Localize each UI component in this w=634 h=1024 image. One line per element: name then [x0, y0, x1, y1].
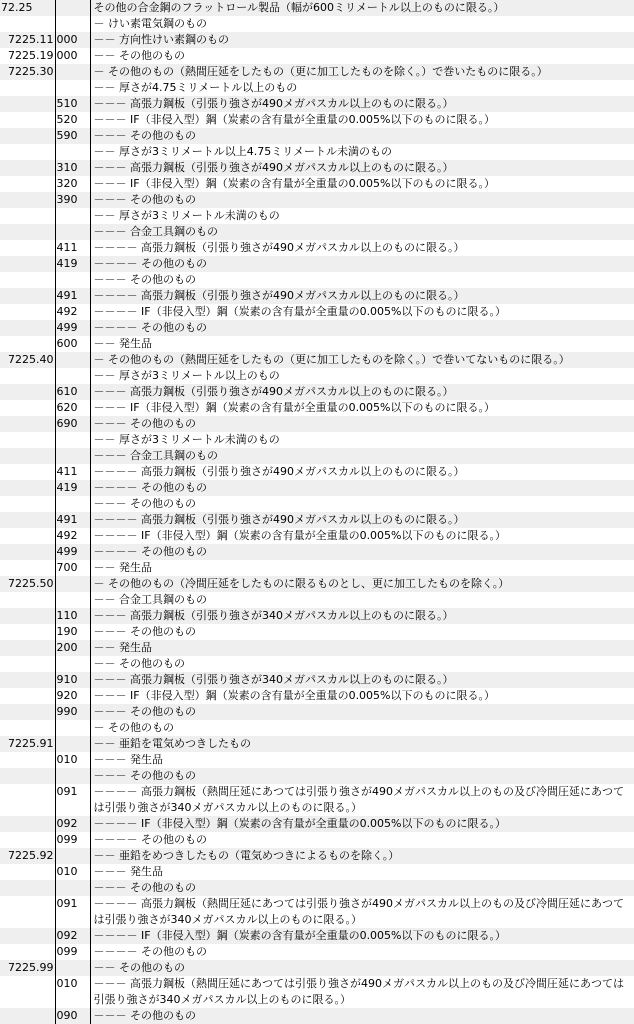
statistical-code-cell: 090	[55, 1008, 90, 1024]
hs-code-cell	[0, 288, 55, 304]
description-cell: －－－ IF（非侵入型）鋼（炭素の含有量が全重量の0.005%以下のものに限る。…	[90, 688, 634, 704]
hs-code-cell	[0, 128, 55, 144]
description-cell: －－－－ 高張力鋼板（熱間圧延にあつては引張り強さが490メガパスカル以上のもの…	[90, 896, 634, 928]
hs-code-cell	[0, 80, 55, 96]
tariff-table-body: 72.25 その他の合金鋼のフラットロール製品（幅が600ミリメートル以上のもの…	[0, 0, 634, 1024]
hs-code-cell	[0, 368, 55, 384]
table-row: 419 －－－－ その他のもの	[0, 480, 634, 496]
statistical-code-cell: 091	[55, 784, 90, 816]
statistical-code-cell: 310	[55, 160, 90, 176]
hs-code-cell	[0, 944, 55, 960]
table-row: 499 －－－－ その他のもの	[0, 544, 634, 560]
hs-code-cell	[0, 256, 55, 272]
hs-code-cell	[0, 320, 55, 336]
statistical-code-cell	[55, 208, 90, 224]
table-row: 099 －－－－ その他のもの	[0, 832, 634, 848]
description-cell: －－ 厚さが3ミリメートル未満のもの	[90, 208, 634, 224]
hs-code-cell	[0, 496, 55, 512]
description-cell: －－－－ 高張力鋼板（引張り強さが490メガパスカル以上のものに限る。）	[90, 240, 634, 256]
hs-code-cell	[0, 688, 55, 704]
statistical-code-cell	[55, 16, 90, 32]
description-cell: －－－ その他のもの	[90, 704, 634, 720]
statistical-code-cell: 190	[55, 624, 90, 640]
description-cell: － けい素電気鋼のもの	[90, 16, 634, 32]
statistical-code-cell	[55, 144, 90, 160]
description-cell: －－－ IF（非侵入型）鋼（炭素の含有量が全重量の0.005%以下のものに限る。…	[90, 400, 634, 416]
statistical-code-cell: 690	[55, 416, 90, 432]
hs-code-cell	[0, 464, 55, 480]
table-row: －－－ その他のもの	[0, 880, 634, 896]
table-row: －－－ 合金工具鋼のもの	[0, 448, 634, 464]
table-row: － その他のもの	[0, 720, 634, 736]
statistical-code-cell: 910	[55, 672, 90, 688]
table-row: －－ 厚さが3ミリメートル未満のもの	[0, 432, 634, 448]
statistical-code-cell	[55, 848, 90, 864]
table-row: 090 －－－ その他のもの	[0, 1008, 634, 1024]
hs-code-cell	[0, 400, 55, 416]
table-row: 620 －－－ IF（非侵入型）鋼（炭素の含有量が全重量の0.005%以下のもの…	[0, 400, 634, 416]
statistical-code-cell: 099	[55, 832, 90, 848]
statistical-code-cell	[55, 768, 90, 784]
table-row: －－－ その他のもの	[0, 272, 634, 288]
table-row: 411 －－－－ 高張力鋼板（引張り強さが490メガパスカル以上のものに限る。）	[0, 240, 634, 256]
statistical-code-cell: 200	[55, 640, 90, 656]
statistical-code-cell	[55, 496, 90, 512]
description-cell: －－－ 合金工具鋼のもの	[90, 224, 634, 240]
hs-code-cell	[0, 304, 55, 320]
description-cell: －－－－ その他のもの	[90, 832, 634, 848]
description-cell: －－－ その他のもの	[90, 192, 634, 208]
table-row: －－－ 合金工具鋼のもの	[0, 224, 634, 240]
hs-code-cell	[0, 832, 55, 848]
table-row: 092 －－－－ IF（非侵入型）鋼（炭素の含有量が全重量の0.005%以下のも…	[0, 816, 634, 832]
description-cell: －－－－ IF（非侵入型）鋼（炭素の含有量が全重量の0.005%以下のものに限る…	[90, 816, 634, 832]
hs-code-cell	[0, 448, 55, 464]
hs-code-cell: 72.25	[0, 0, 55, 16]
statistical-code-cell	[55, 352, 90, 368]
table-row: －－ 合金工具鋼のもの	[0, 592, 634, 608]
statistical-code-cell: 491	[55, 512, 90, 528]
table-row: 520 －－－ IF（非侵入型）鋼（炭素の含有量が全重量の0.005%以下のもの…	[0, 112, 634, 128]
table-row: 492 －－－－ IF（非侵入型）鋼（炭素の含有量が全重量の0.005%以下のも…	[0, 528, 634, 544]
hs-code-cell	[0, 608, 55, 624]
hs-code-cell	[0, 272, 55, 288]
hs-code-cell: 7225.50	[0, 576, 55, 592]
description-cell: －－ 亜鉛をめつきしたもの（電気めつきによるものを除く。）	[90, 848, 634, 864]
hs-code-cell	[0, 544, 55, 560]
statistical-code-cell: 520	[55, 112, 90, 128]
description-cell: －－－－ IF（非侵入型）鋼（炭素の含有量が全重量の0.005%以下のものに限る…	[90, 304, 634, 320]
statistical-code-cell: 700	[55, 560, 90, 576]
description-cell: －－ 亜鉛を電気めつきしたもの	[90, 736, 634, 752]
description-cell: －－ その他のもの	[90, 960, 634, 976]
table-row: －－ その他のもの	[0, 656, 634, 672]
description-cell: －－－ その他のもの	[90, 1008, 634, 1024]
hs-code-cell	[0, 176, 55, 192]
description-cell: －－ その他のもの	[90, 48, 634, 64]
table-row: 690 －－－ その他のもの	[0, 416, 634, 432]
table-row: 600 －－ 発生品	[0, 336, 634, 352]
table-row: 190 －－－ その他のもの	[0, 624, 634, 640]
hs-code-cell	[0, 768, 55, 784]
statistical-code-cell	[55, 656, 90, 672]
table-row: 491 －－－－ 高張力鋼板（引張り強さが490メガパスカル以上のものに限る。）	[0, 288, 634, 304]
description-cell: －－－ 高張力鋼板（熱間圧延にあつては引張り強さが490メガパスカル以上のもの及…	[90, 976, 634, 1008]
table-row: －－－ その他のもの	[0, 496, 634, 512]
statistical-code-cell: 920	[55, 688, 90, 704]
description-cell: －－－－ IF（非侵入型）鋼（炭素の含有量が全重量の0.005%以下のものに限る…	[90, 528, 634, 544]
description-cell: －－－ その他のもの	[90, 880, 634, 896]
table-row: 390 －－－ その他のもの	[0, 192, 634, 208]
hs-code-cell: 7225.91	[0, 736, 55, 752]
hs-code-cell	[0, 864, 55, 880]
description-cell: －－ 厚さが3ミリメートル未満のもの	[90, 432, 634, 448]
description-cell: －－－ その他のもの	[90, 272, 634, 288]
hs-code-cell: 7225.19	[0, 48, 55, 64]
hs-code-cell	[0, 160, 55, 176]
description-cell: －－ 合金工具鋼のもの	[90, 592, 634, 608]
description-cell: －－－ IF（非侵入型）鋼（炭素の含有量が全重量の0.005%以下のものに限る。…	[90, 176, 634, 192]
table-row: 092 －－－－ IF（非侵入型）鋼（炭素の含有量が全重量の0.005%以下のも…	[0, 928, 634, 944]
hs-code-cell	[0, 192, 55, 208]
table-row: 010 －－－ 高張力鋼板（熱間圧延にあつては引張り強さが490メガパスカル以上…	[0, 976, 634, 1008]
description-cell: －－－ 高張力鋼板（引張り強さが490メガパスカル以上のものに限る。）	[90, 96, 634, 112]
description-cell: －－ 発生品	[90, 336, 634, 352]
description-cell: －－－－ 高張力鋼板（引張り強さが490メガパスカル以上のものに限る。）	[90, 512, 634, 528]
hs-code-cell: 7225.99	[0, 960, 55, 976]
statistical-code-cell: 000	[55, 32, 90, 48]
hs-code-cell	[0, 112, 55, 128]
description-cell: －－－－ その他のもの	[90, 256, 634, 272]
statistical-code-cell: 099	[55, 944, 90, 960]
description-cell: － その他のもの（熱間圧延をしたもの（更に加工したものを除く。）で巻いたものに限…	[90, 64, 634, 80]
table-row: 610 －－－ 高張力鋼板（引張り強さが490メガパスカル以上のものに限る。）	[0, 384, 634, 400]
table-row: 990 －－－ その他のもの	[0, 704, 634, 720]
statistical-code-cell: 091	[55, 896, 90, 928]
hs-code-cell	[0, 560, 55, 576]
table-row: 910 －－－ 高張力鋼板（引張り強さが340メガパスカル以上のものに限る。）	[0, 672, 634, 688]
statistical-code-cell: 390	[55, 192, 90, 208]
description-cell: －－－ 発生品	[90, 864, 634, 880]
hs-code-cell	[0, 720, 55, 736]
hs-code-cell: 7225.11	[0, 32, 55, 48]
description-cell: －－－－ 高張力鋼板（引張り強さが490メガパスカル以上のものに限る。）	[90, 464, 634, 480]
description-cell: －－－－ 高張力鋼板（熱間圧延にあつては引張り強さが490メガパスカル以上のもの…	[90, 784, 634, 816]
hs-code-cell	[0, 624, 55, 640]
description-cell: －－－－ 高張力鋼板（引張り強さが490メガパスカル以上のものに限る。）	[90, 288, 634, 304]
table-row: 7225.92 －－ 亜鉛をめつきしたもの（電気めつきによるものを除く。）	[0, 848, 634, 864]
description-cell: －－－ 高張力鋼板（引張り強さが490メガパスカル以上のものに限る。）	[90, 160, 634, 176]
hs-code-cell: 7225.30	[0, 64, 55, 80]
table-row: 110 －－－ 高張力鋼板（引張り強さが340メガパスカル以上のものに限る。）	[0, 608, 634, 624]
statistical-code-cell	[55, 432, 90, 448]
statistical-code-cell	[55, 576, 90, 592]
hs-code-cell	[0, 928, 55, 944]
hs-code-cell	[0, 704, 55, 720]
table-row: 7225.40 － その他のもの（熱間圧延をしたもの（更に加工したものを除く。）…	[0, 352, 634, 368]
table-row: 411 －－－－ 高張力鋼板（引張り強さが490メガパスカル以上のものに限る。）	[0, 464, 634, 480]
table-row: 010 －－－ 発生品	[0, 752, 634, 768]
statistical-code-cell	[55, 448, 90, 464]
description-cell: －－－－ その他のもの	[90, 480, 634, 496]
statistical-code-cell: 411	[55, 240, 90, 256]
statistical-code-cell: 610	[55, 384, 90, 400]
statistical-code-cell	[55, 64, 90, 80]
statistical-code-cell: 990	[55, 704, 90, 720]
hs-code-cell	[0, 976, 55, 1008]
statistical-code-cell: 620	[55, 400, 90, 416]
statistical-code-cell	[55, 80, 90, 96]
table-row: 7225.50 － その他のもの（冷間圧延をしたものに限るものとし、更に加工した…	[0, 576, 634, 592]
hs-code-cell	[0, 208, 55, 224]
hs-code-cell	[0, 432, 55, 448]
statistical-code-cell: 419	[55, 256, 90, 272]
hs-code-cell	[0, 784, 55, 816]
description-cell: －－ 厚さが3ミリメートル以上のもの	[90, 368, 634, 384]
description-cell: －－ 厚さが3ミリメートル以上4.75ミリメートル未満のもの	[90, 144, 634, 160]
table-row: 7225.19 000 －－ その他のもの	[0, 48, 634, 64]
table-row: 920 －－－ IF（非侵入型）鋼（炭素の含有量が全重量の0.005%以下のもの…	[0, 688, 634, 704]
description-cell: －－ 発生品	[90, 560, 634, 576]
table-row: － けい素電気鋼のもの	[0, 16, 634, 32]
description-cell: その他の合金鋼のフラットロール製品（幅が600ミリメートル以上のものに限る。）	[90, 0, 634, 16]
description-cell: －－－ 発生品	[90, 752, 634, 768]
table-row: 700 －－ 発生品	[0, 560, 634, 576]
hs-code-cell	[0, 16, 55, 32]
table-row: 010 －－－ 発生品	[0, 864, 634, 880]
description-cell: －－－ その他のもの	[90, 496, 634, 512]
hs-code-cell	[0, 1008, 55, 1024]
statistical-code-cell	[55, 224, 90, 240]
hs-code-cell	[0, 896, 55, 928]
hs-code-cell	[0, 528, 55, 544]
statistical-code-cell: 010	[55, 864, 90, 880]
statistical-code-cell	[55, 960, 90, 976]
tariff-schedule-table: 72.25 その他の合金鋼のフラットロール製品（幅が600ミリメートル以上のもの…	[0, 0, 634, 1024]
statistical-code-cell: 590	[55, 128, 90, 144]
description-cell: －－ その他のもの	[90, 656, 634, 672]
statistical-code-cell: 492	[55, 304, 90, 320]
description-cell: －－ 方向性けい素鋼のもの	[90, 32, 634, 48]
hs-code-cell	[0, 656, 55, 672]
table-row: 491 －－－－ 高張力鋼板（引張り強さが490メガパスカル以上のものに限る。）	[0, 512, 634, 528]
statistical-code-cell: 092	[55, 928, 90, 944]
hs-code-cell	[0, 416, 55, 432]
table-row: 7225.11 000 －－ 方向性けい素鋼のもの	[0, 32, 634, 48]
hs-code-cell	[0, 96, 55, 112]
description-cell: －－－－ その他のもの	[90, 544, 634, 560]
statistical-code-cell: 600	[55, 336, 90, 352]
table-row: 419 －－－－ その他のもの	[0, 256, 634, 272]
table-row: －－ 厚さが3ミリメートル以上4.75ミリメートル未満のもの	[0, 144, 634, 160]
description-cell: －－ 発生品	[90, 640, 634, 656]
description-cell: －－－ 高張力鋼板（引張り強さが340メガパスカル以上のものに限る。）	[90, 672, 634, 688]
description-cell: － その他のもの	[90, 720, 634, 736]
statistical-code-cell: 010	[55, 976, 90, 1008]
description-cell: －－－ その他のもの	[90, 128, 634, 144]
statistical-code-cell: 320	[55, 176, 90, 192]
table-row: －－ 厚さが3ミリメートル以上のもの	[0, 368, 634, 384]
table-row: 320 －－－ IF（非侵入型）鋼（炭素の含有量が全重量の0.005%以下のもの…	[0, 176, 634, 192]
hs-code-cell	[0, 384, 55, 400]
table-row: 7225.99 －－ その他のもの	[0, 960, 634, 976]
table-row: 499 －－－－ その他のもの	[0, 320, 634, 336]
statistical-code-cell	[55, 272, 90, 288]
statistical-code-cell: 000	[55, 48, 90, 64]
table-row: －－ 厚さが4.75ミリメートル以上のもの	[0, 80, 634, 96]
statistical-code-cell: 411	[55, 464, 90, 480]
table-row: 7225.91 －－ 亜鉛を電気めつきしたもの	[0, 736, 634, 752]
statistical-code-cell: 010	[55, 752, 90, 768]
statistical-code-cell	[55, 880, 90, 896]
description-cell: －－－ その他のもの	[90, 416, 634, 432]
hs-code-cell	[0, 880, 55, 896]
table-row: 200 －－ 発生品	[0, 640, 634, 656]
table-row: －－ 厚さが3ミリメートル未満のもの	[0, 208, 634, 224]
table-row: 590 －－－ その他のもの	[0, 128, 634, 144]
description-cell: －－－－ その他のもの	[90, 944, 634, 960]
hs-code-cell	[0, 512, 55, 528]
statistical-code-cell	[55, 0, 90, 16]
description-cell: －－－ 高張力鋼板（引張り強さが490メガパスカル以上のものに限る。）	[90, 384, 634, 400]
description-cell: －－－ 高張力鋼板（引張り強さが340メガパスカル以上のものに限る。）	[90, 608, 634, 624]
statistical-code-cell	[55, 368, 90, 384]
table-row: 510 －－－ 高張力鋼板（引張り強さが490メガパスカル以上のものに限る。）	[0, 96, 634, 112]
statistical-code-cell: 499	[55, 544, 90, 560]
table-row: 091 －－－－ 高張力鋼板（熱間圧延にあつては引張り強さが490メガパスカル以…	[0, 896, 634, 928]
statistical-code-cell	[55, 736, 90, 752]
description-cell: － その他のもの（熱間圧延をしたもの（更に加工したものを除く。）で巻いてないもの…	[90, 352, 634, 368]
statistical-code-cell	[55, 720, 90, 736]
description-cell: －－－－ IF（非侵入型）鋼（炭素の含有量が全重量の0.005%以下のものに限る…	[90, 928, 634, 944]
description-cell: －－－ 合金工具鋼のもの	[90, 448, 634, 464]
hs-code-cell	[0, 752, 55, 768]
table-row: 310 －－－ 高張力鋼板（引張り強さが490メガパスカル以上のものに限る。）	[0, 160, 634, 176]
statistical-code-cell: 419	[55, 480, 90, 496]
table-row: －－－ その他のもの	[0, 768, 634, 784]
hs-code-cell	[0, 592, 55, 608]
statistical-code-cell	[55, 592, 90, 608]
description-cell: －－ 厚さが4.75ミリメートル以上のもの	[90, 80, 634, 96]
statistical-code-cell: 491	[55, 288, 90, 304]
table-row: 7225.30 － その他のもの（熱間圧延をしたもの（更に加工したものを除く。）…	[0, 64, 634, 80]
hs-code-cell	[0, 336, 55, 352]
hs-code-cell: 7225.92	[0, 848, 55, 864]
hs-code-cell: 7225.40	[0, 352, 55, 368]
hs-code-cell	[0, 240, 55, 256]
description-cell: －－－ その他のもの	[90, 624, 634, 640]
table-row: 72.25 その他の合金鋼のフラットロール製品（幅が600ミリメートル以上のもの…	[0, 0, 634, 16]
hs-code-cell	[0, 480, 55, 496]
description-cell: －－－ その他のもの	[90, 768, 634, 784]
description-cell: －－－－ その他のもの	[90, 320, 634, 336]
statistical-code-cell: 510	[55, 96, 90, 112]
statistical-code-cell: 492	[55, 528, 90, 544]
table-row: 091 －－－－ 高張力鋼板（熱間圧延にあつては引張り強さが490メガパスカル以…	[0, 784, 634, 816]
description-cell: － その他のもの（冷間圧延をしたものに限るものとし、更に加工したものを除く。）	[90, 576, 634, 592]
statistical-code-cell: 092	[55, 816, 90, 832]
hs-code-cell	[0, 816, 55, 832]
statistical-code-cell: 110	[55, 608, 90, 624]
hs-code-cell	[0, 640, 55, 656]
hs-code-cell	[0, 224, 55, 240]
description-cell: －－－ IF（非侵入型）鋼（炭素の含有量が全重量の0.005%以下のものに限る。…	[90, 112, 634, 128]
hs-code-cell	[0, 672, 55, 688]
table-row: 099 －－－－ その他のもの	[0, 944, 634, 960]
statistical-code-cell: 499	[55, 320, 90, 336]
hs-code-cell	[0, 144, 55, 160]
table-row: 492 －－－－ IF（非侵入型）鋼（炭素の含有量が全重量の0.005%以下のも…	[0, 304, 634, 320]
